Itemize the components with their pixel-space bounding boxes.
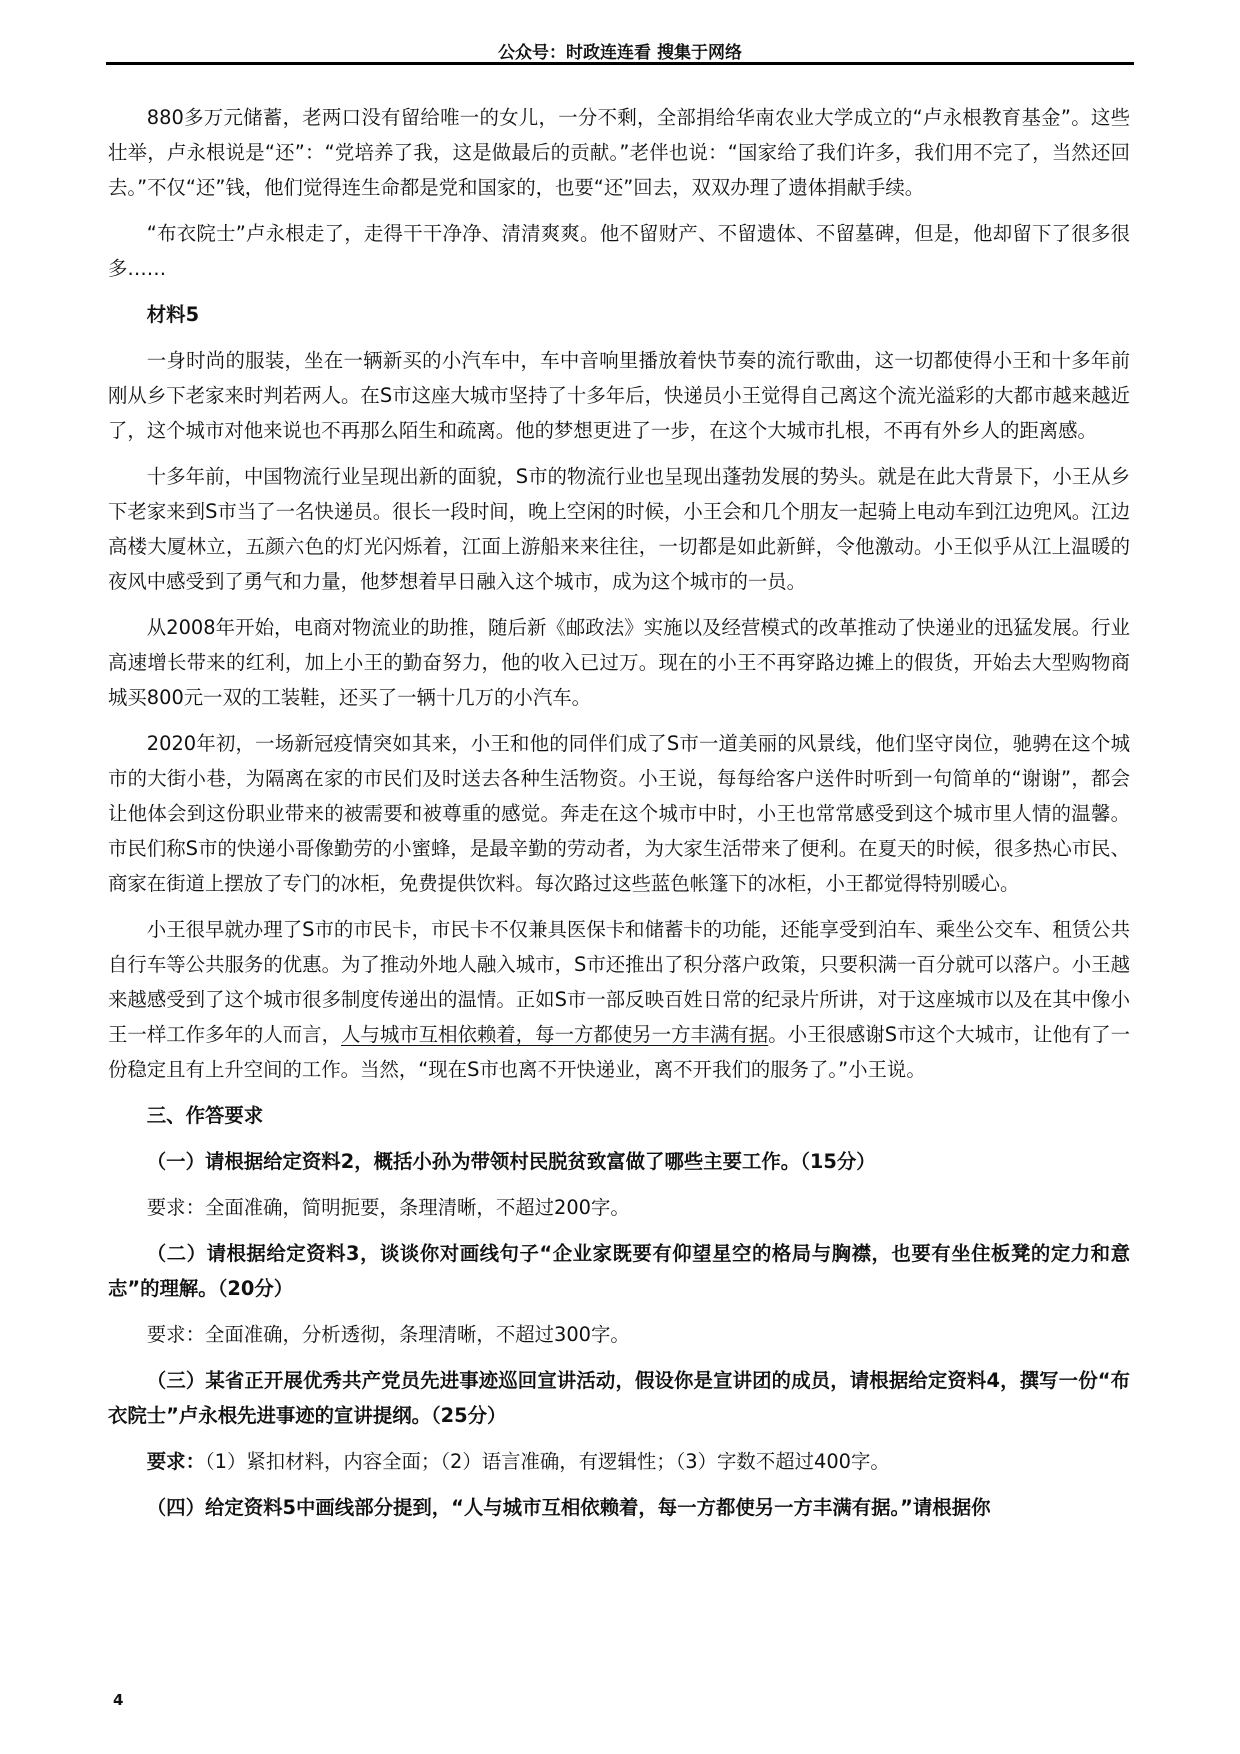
requirement-text: （1）紧扣材料，内容全面；（2）语言准确，有逻辑性；（3）字数不超过400字。 <box>205 1450 890 1473</box>
document-body: 880多万元储蓄，老两口没有留给唯一的女儿，一分不剩，全部捐给华南农业大学成立的… <box>108 100 1130 1536</box>
paragraph: 十多年前，中国物流行业呈现出新的面貌，S市的物流行业也呈现出蓬勃发展的势头。就是… <box>108 459 1130 599</box>
paragraph: 一身时尚的服装，坐在一辆新买的小汽车中，车中音响里播放着快节奏的流行歌曲，这一切… <box>108 343 1130 448</box>
question-4: （四）给定资料5中画线部分提到，“人与城市互相依赖着，每一方都使另一方丰满有据。… <box>108 1490 1130 1525</box>
question-2-requirement: 要求：全面准确，分析透彻，条理清晰，不超过300字。 <box>108 1317 1130 1352</box>
question-1-requirement: 要求：全面准确，简明扼要，条理清晰，不超过200字。 <box>108 1190 1130 1225</box>
section-heading: 三、作答要求 <box>108 1098 1130 1133</box>
page-number: 4 <box>113 1691 123 1709</box>
underlined-sentence: 人与城市互相依赖着，每一方都使另一方丰满有据 <box>341 1023 768 1046</box>
requirement-label: 要求： <box>147 1450 205 1473</box>
header-divider <box>106 62 1134 65</box>
question-1: （一）请根据给定资料2，概括小孙为带领村民脱贫致富做了哪些主要工作。（15分） <box>108 1144 1130 1179</box>
paragraph: 2020年初，一场新冠疫情突如其来，小王和他的同伴们成了S市一道美丽的风景线，他… <box>108 726 1130 901</box>
paragraph: 小王很早就办理了S市的市民卡，市民卡不仅兼具医保卡和储蓄卡的功能，还能享受到泊车… <box>108 912 1130 1087</box>
question-2: （二）请根据给定资料3，谈谈你对画线句子“企业家既要有仰望星空的格局与胸襟，也要… <box>108 1236 1130 1306</box>
question-3-requirement: 要求：（1）紧扣材料，内容全面；（2）语言准确，有逻辑性；（3）字数不超过400… <box>108 1444 1130 1479</box>
paragraph: 880多万元储蓄，老两口没有留给唯一的女儿，一分不剩，全部捐给华南农业大学成立的… <box>108 100 1130 205</box>
paragraph: 从2008年开始，电商对物流业的助推，随后新《邮政法》实施以及经营模式的改革推动… <box>108 610 1130 715</box>
question-3: （三）某省正开展优秀共产党员先进事迹巡回宣讲活动，假设你是宣讲团的成员，请根据给… <box>108 1363 1130 1433</box>
page-header: 公众号：时政连连看 搜集于网络 <box>106 38 1134 62</box>
material-heading: 材料5 <box>108 297 1130 332</box>
paragraph: “布衣院士”卢永根走了，走得干干净净、清清爽爽。他不留财产、不留遗体、不留墓碑，… <box>108 216 1130 286</box>
